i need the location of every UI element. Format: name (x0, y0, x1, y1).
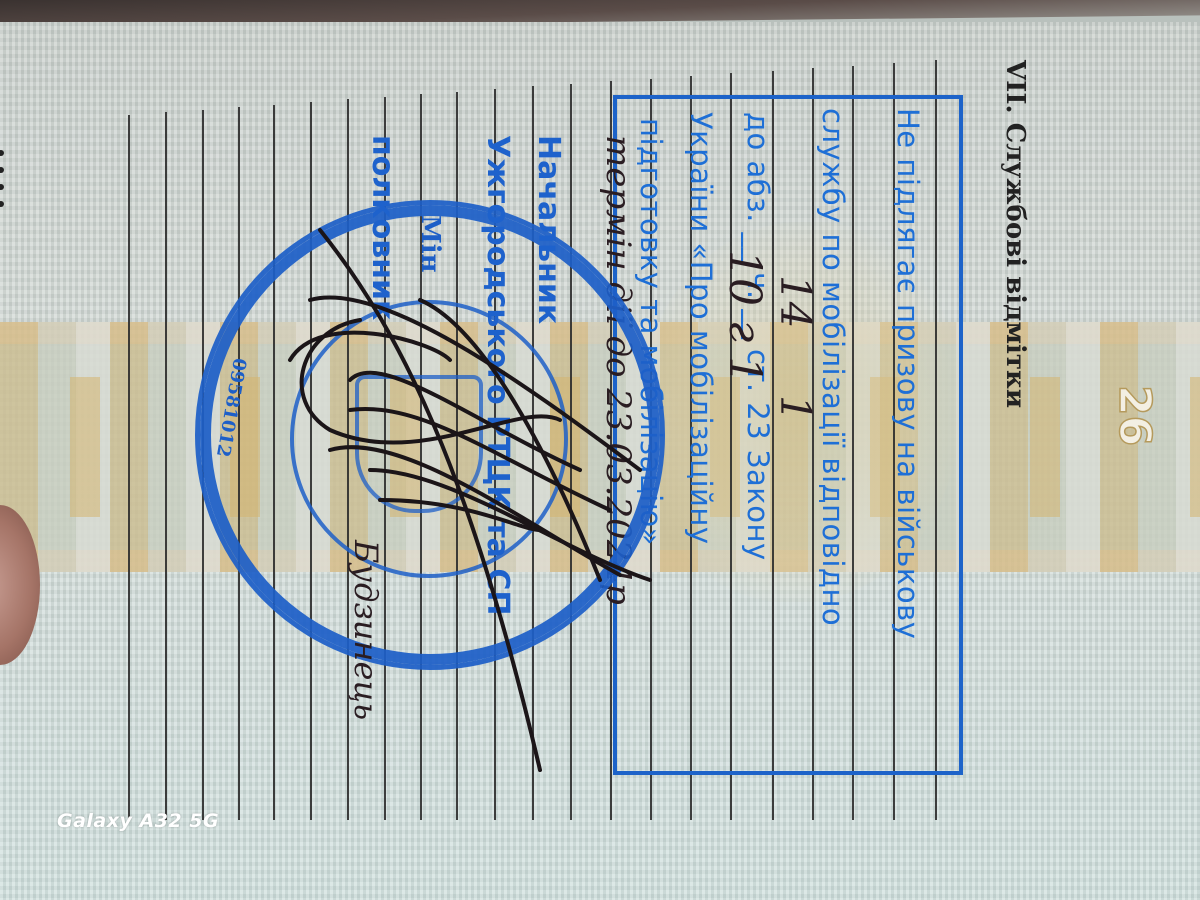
signature (0, 0, 1200, 900)
camera-watermark: Galaxy A32 5G (57, 810, 219, 832)
